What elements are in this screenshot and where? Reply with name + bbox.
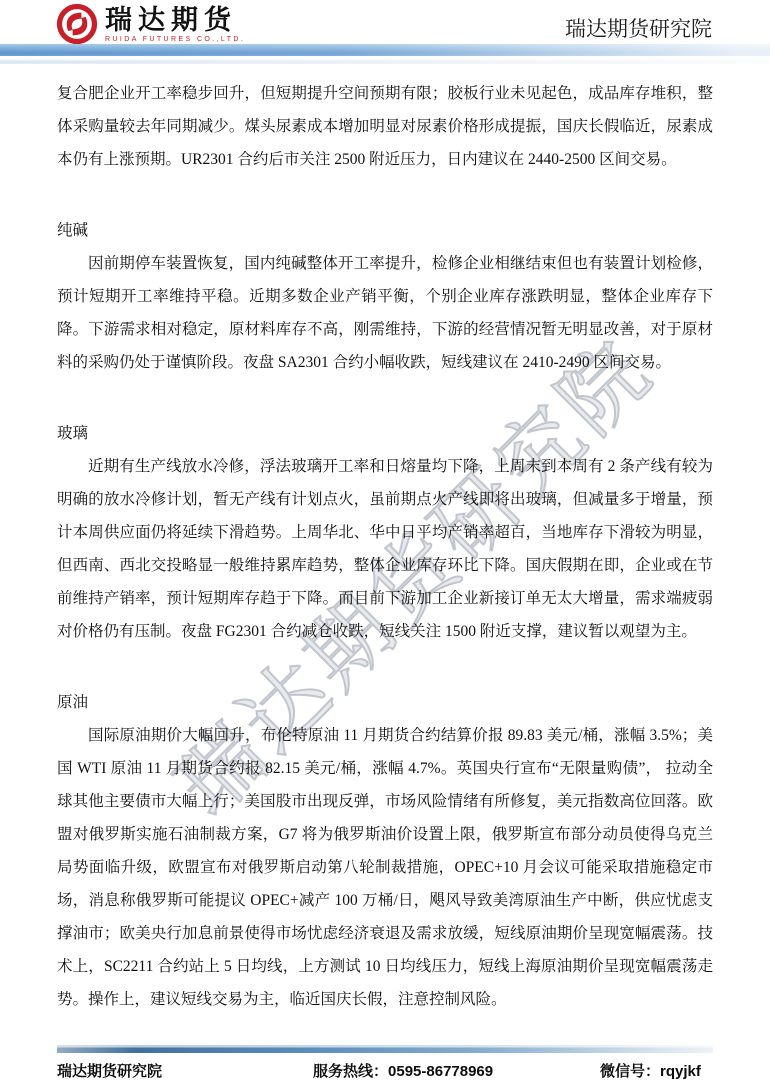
footer-hotline-label: 服务热线： (313, 1063, 388, 1080)
section-paragraph-crude-oil: 国际原油期价大幅回升，布伦特原油 11 月期货合约结算价报 89.83 美元/桶… (57, 719, 713, 1016)
intro-paragraph: 复合肥企业开工率稳步回升，但短期提升空间预期有限；胶板行业未见起色，成品库存堆积… (57, 77, 713, 176)
footer-gradient-bar (57, 1045, 713, 1053)
logo-company-name: 瑞达期货 (105, 5, 245, 35)
page-header: 瑞达期货 RUIDA FUTURES CO.,LTD. 瑞达期货研究院 (0, 0, 770, 44)
company-logo: 瑞达期货 RUIDA FUTURES CO.,LTD. (56, 3, 245, 45)
header-gradient-bar (0, 44, 770, 56)
document-page: 瑞达期货 RUIDA FUTURES CO.,LTD. 瑞达期货研究院 瑞达期货… (0, 0, 770, 1089)
ruida-logo-icon (56, 3, 98, 45)
section-paragraph-soda-ash: 因前期停车装置恢复，国内纯碱整体开工率提升，检修企业相继结束但也有装置计划检修，… (57, 247, 713, 379)
section-title-crude-oil: 原油 (57, 686, 713, 719)
page-footer: 瑞达期货研究院 服务热线：0595-86778969 微信号：rqyjkf (57, 1058, 713, 1084)
header-institute-title: 瑞达期货研究院 (565, 13, 712, 43)
section-paragraph-glass: 近期有生产线放水冷修，浮法玻璃开工率和日熔量均下降，上周末到本周有 2 条产线有… (57, 450, 713, 648)
footer-institute: 瑞达期货研究院 (57, 1060, 162, 1081)
footer-wechat: 微信号：rqyjkf (600, 1060, 701, 1081)
footer-wechat-label: 微信号： (600, 1063, 660, 1080)
section-title-glass: 玻璃 (57, 417, 713, 450)
logo-text: 瑞达期货 RUIDA FUTURES CO.,LTD. (105, 5, 245, 43)
footer-wechat-id: rqyjkf (660, 1063, 701, 1080)
logo-company-subtitle: RUIDA FUTURES CO.,LTD. (105, 36, 245, 43)
report-content: 复合肥企业开工率稳步回升，但短期提升空间预期有限；胶板行业未见起色，成品库存堆积… (0, 64, 770, 1016)
section-title-soda-ash: 纯碱 (57, 214, 713, 247)
footer-hotline: 服务热线：0595-86778969 (313, 1060, 493, 1081)
footer-hotline-number: 0595-86778969 (388, 1063, 493, 1080)
